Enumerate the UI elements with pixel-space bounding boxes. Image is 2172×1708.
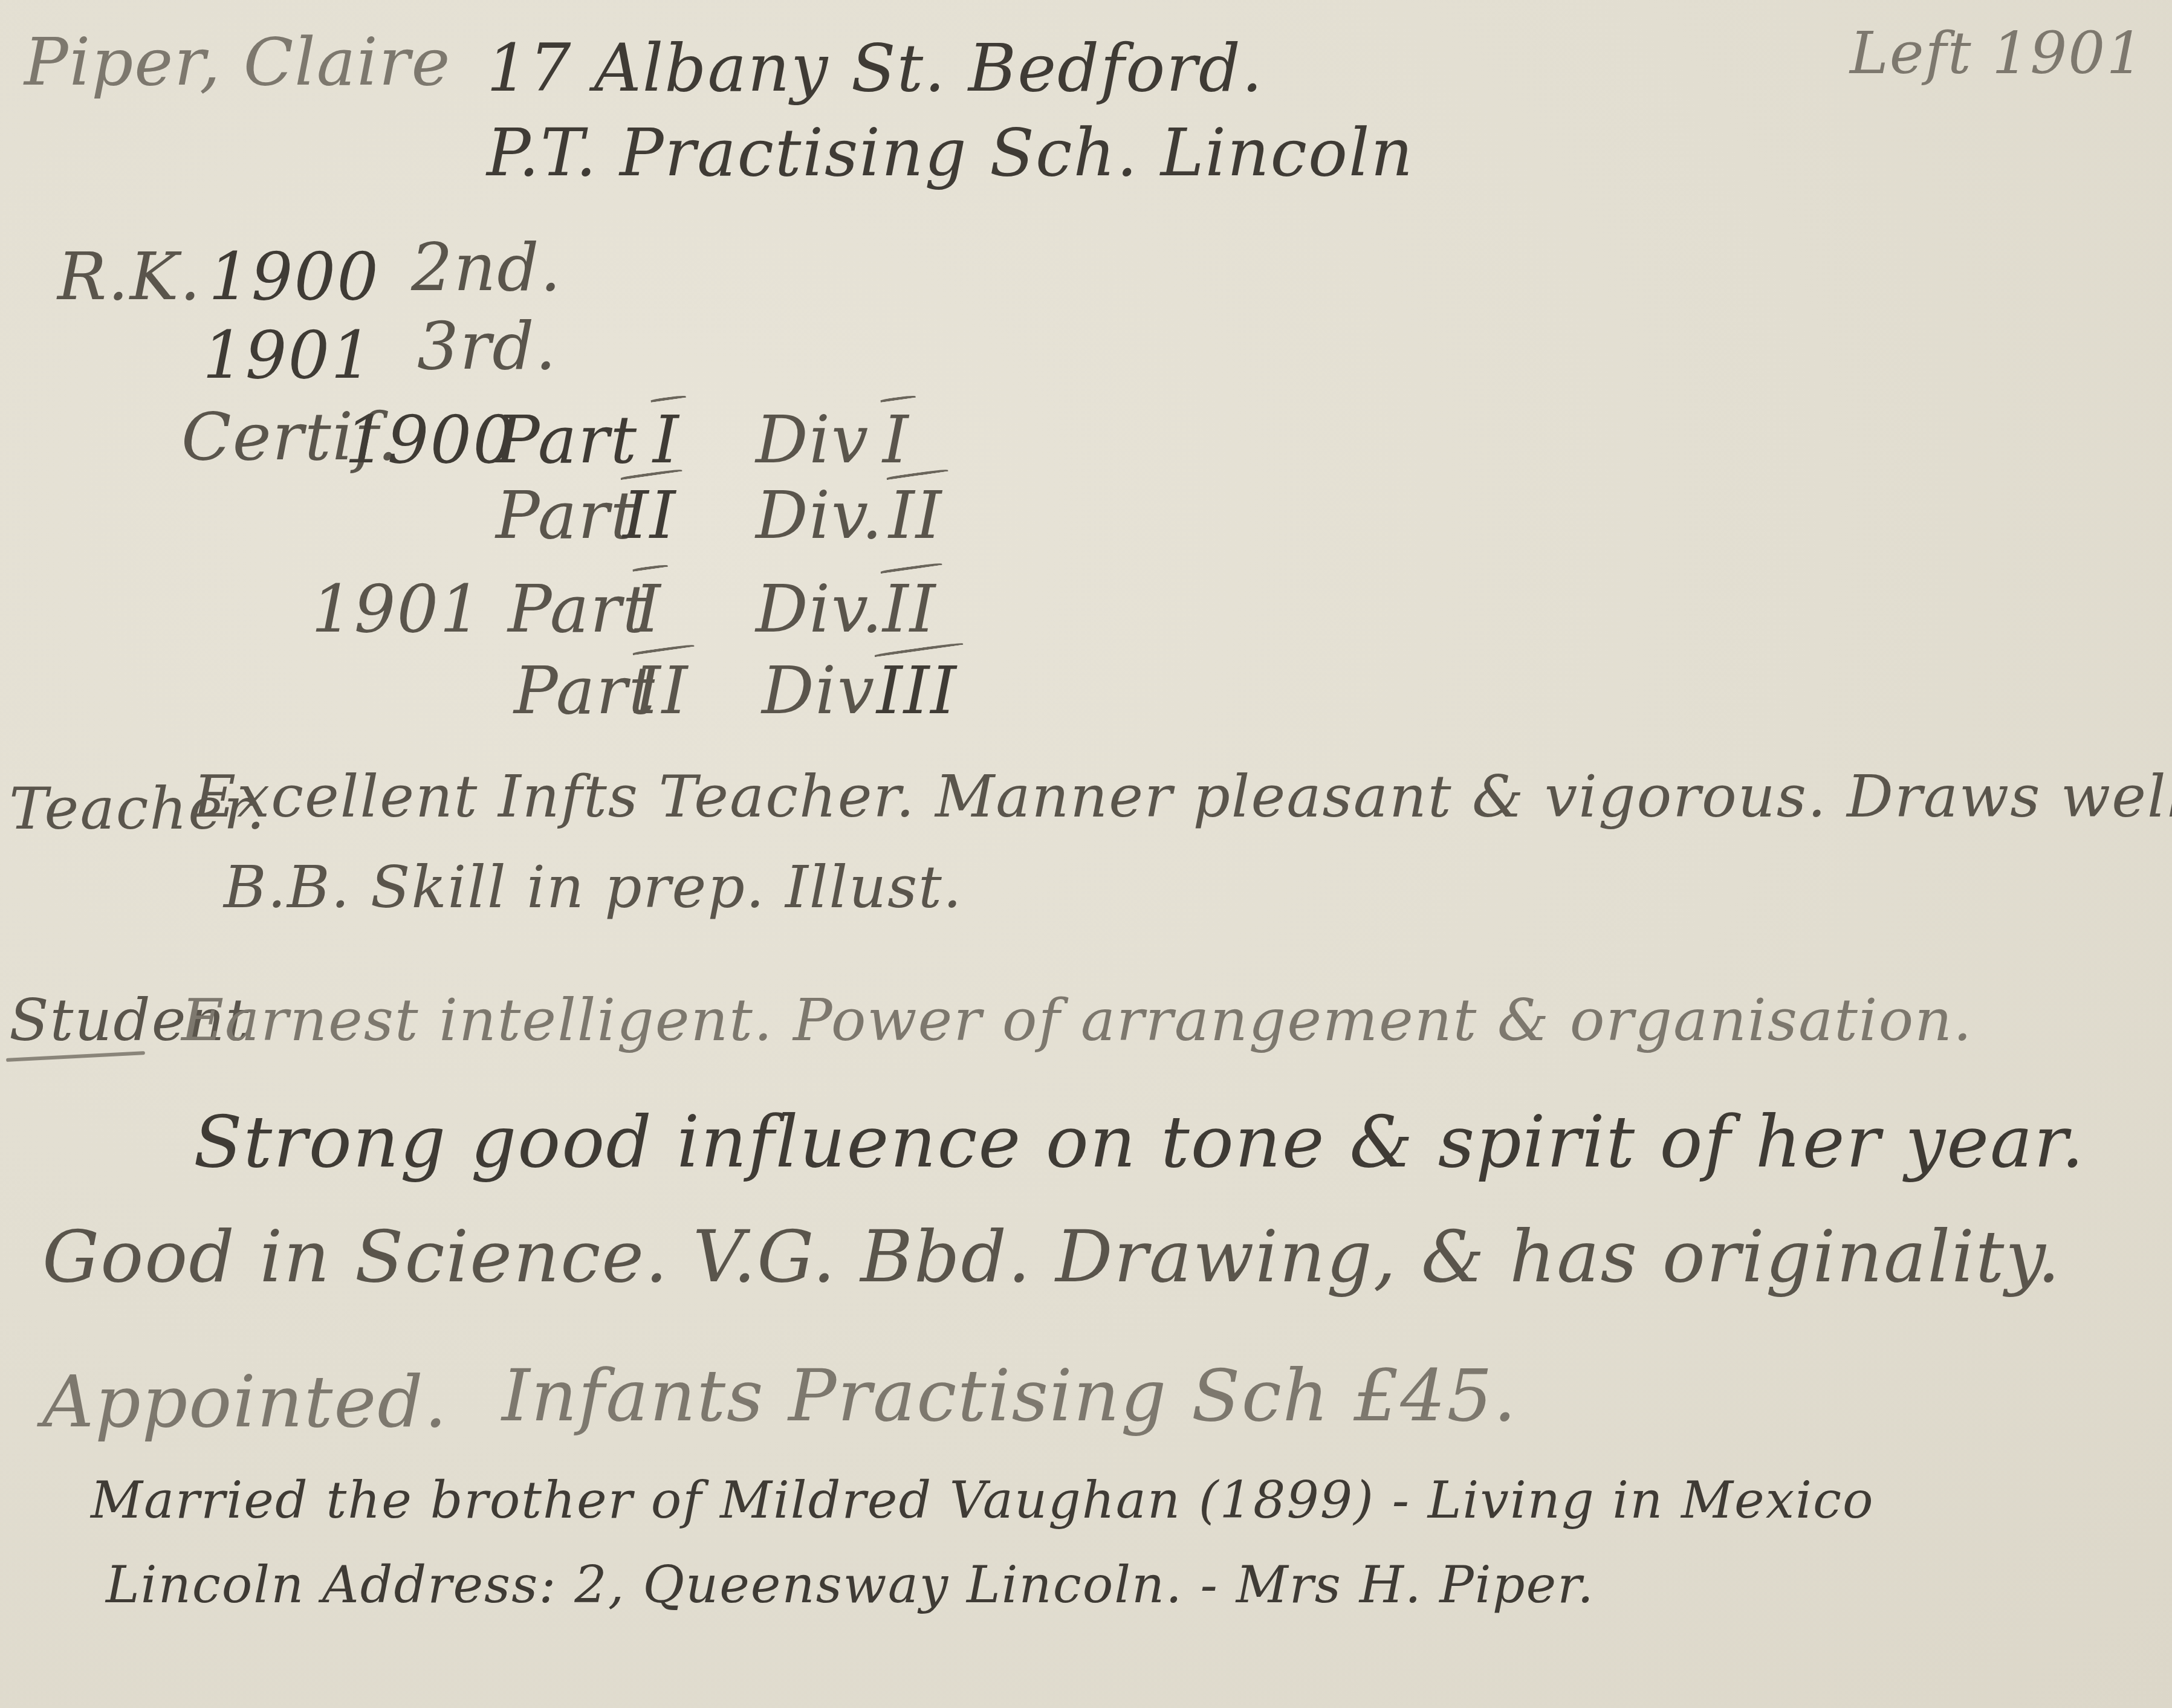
certif-1900-div-label: Div xyxy=(756,408,869,473)
certif-1900-part-i: I xyxy=(653,408,680,473)
certif-1900-div-i-value: I xyxy=(883,408,910,473)
appointed-label: Appointed. xyxy=(42,1366,448,1437)
certif-1900-part-label: Part xyxy=(496,408,638,473)
certif-1901-div-iii-value: III xyxy=(877,659,958,724)
certif-1901-div2-label: Div xyxy=(762,659,875,724)
certif-1901-div-iii: III xyxy=(877,659,958,724)
rk-place-1901: 3rd. xyxy=(417,314,557,380)
appointed-post: Infants Practising Sch £45. xyxy=(502,1360,1517,1431)
student-remark-line-2: Strong good influence on tone & spirit o… xyxy=(193,1106,2085,1177)
home-address: 17 Albany St. Bedford. xyxy=(487,36,1263,102)
certif-1900-part-ii-value: II xyxy=(623,484,676,549)
certif-year-1900: 1900 xyxy=(345,408,516,473)
marriage-note: Married the brother of Mildred Vaughan (… xyxy=(91,1475,1875,1525)
left-date-note: Left 1901 xyxy=(1850,24,2145,82)
rk-year-1901: 1901 xyxy=(203,323,374,389)
certif-1901-div-ii: II xyxy=(883,577,936,642)
teacher-remark-line-2: B.B. Skill in prep. Illust. xyxy=(224,858,962,916)
certif-1901-div-label: Div. xyxy=(756,577,884,642)
lincoln-address-note: Lincoln Address: 2, Queensway Lincoln. -… xyxy=(106,1559,1595,1610)
student-remark-line-1: Earnest intelligent. Power of arrangemen… xyxy=(181,991,1973,1049)
student-remark-line-3: Good in Science. V.G. Bbd. Drawing, & ha… xyxy=(42,1221,2061,1292)
certif-1901-div-ii-value: II xyxy=(883,577,936,642)
certif-1900-part-ii: II xyxy=(623,484,676,549)
student-name: Piper, Claire xyxy=(24,30,451,95)
certif-1901-part-ii: II xyxy=(635,659,689,724)
certif-1901-part-label: Part xyxy=(508,577,650,642)
certif-1900-div2-label: Div. xyxy=(756,484,884,549)
rk-place-1900: 2nd. xyxy=(411,236,562,301)
certif-1900-div-ii: II xyxy=(889,484,942,549)
teacher-remark-line-1: Excellent Infts Teacher. Manner pleasant… xyxy=(193,768,2172,826)
certif-1901-part-i-value: I xyxy=(635,577,662,642)
school-address: P.T. Practising Sch. Lincoln xyxy=(487,121,1414,186)
rk-year-1900: 1900 xyxy=(209,245,380,310)
certif-year-1901: 1901 xyxy=(311,577,482,642)
certif-1901-part-ii-value: II xyxy=(635,659,689,724)
certif-1900-div-ii-value: II xyxy=(889,484,942,549)
certif-1900-div-i: I xyxy=(883,408,910,473)
rk-label: R.K. xyxy=(57,245,202,310)
certif-1901-part-i: I xyxy=(635,577,662,642)
certif-1900-part-i-value: I xyxy=(653,408,680,473)
certif-1900-part2-label: Part xyxy=(496,484,638,549)
